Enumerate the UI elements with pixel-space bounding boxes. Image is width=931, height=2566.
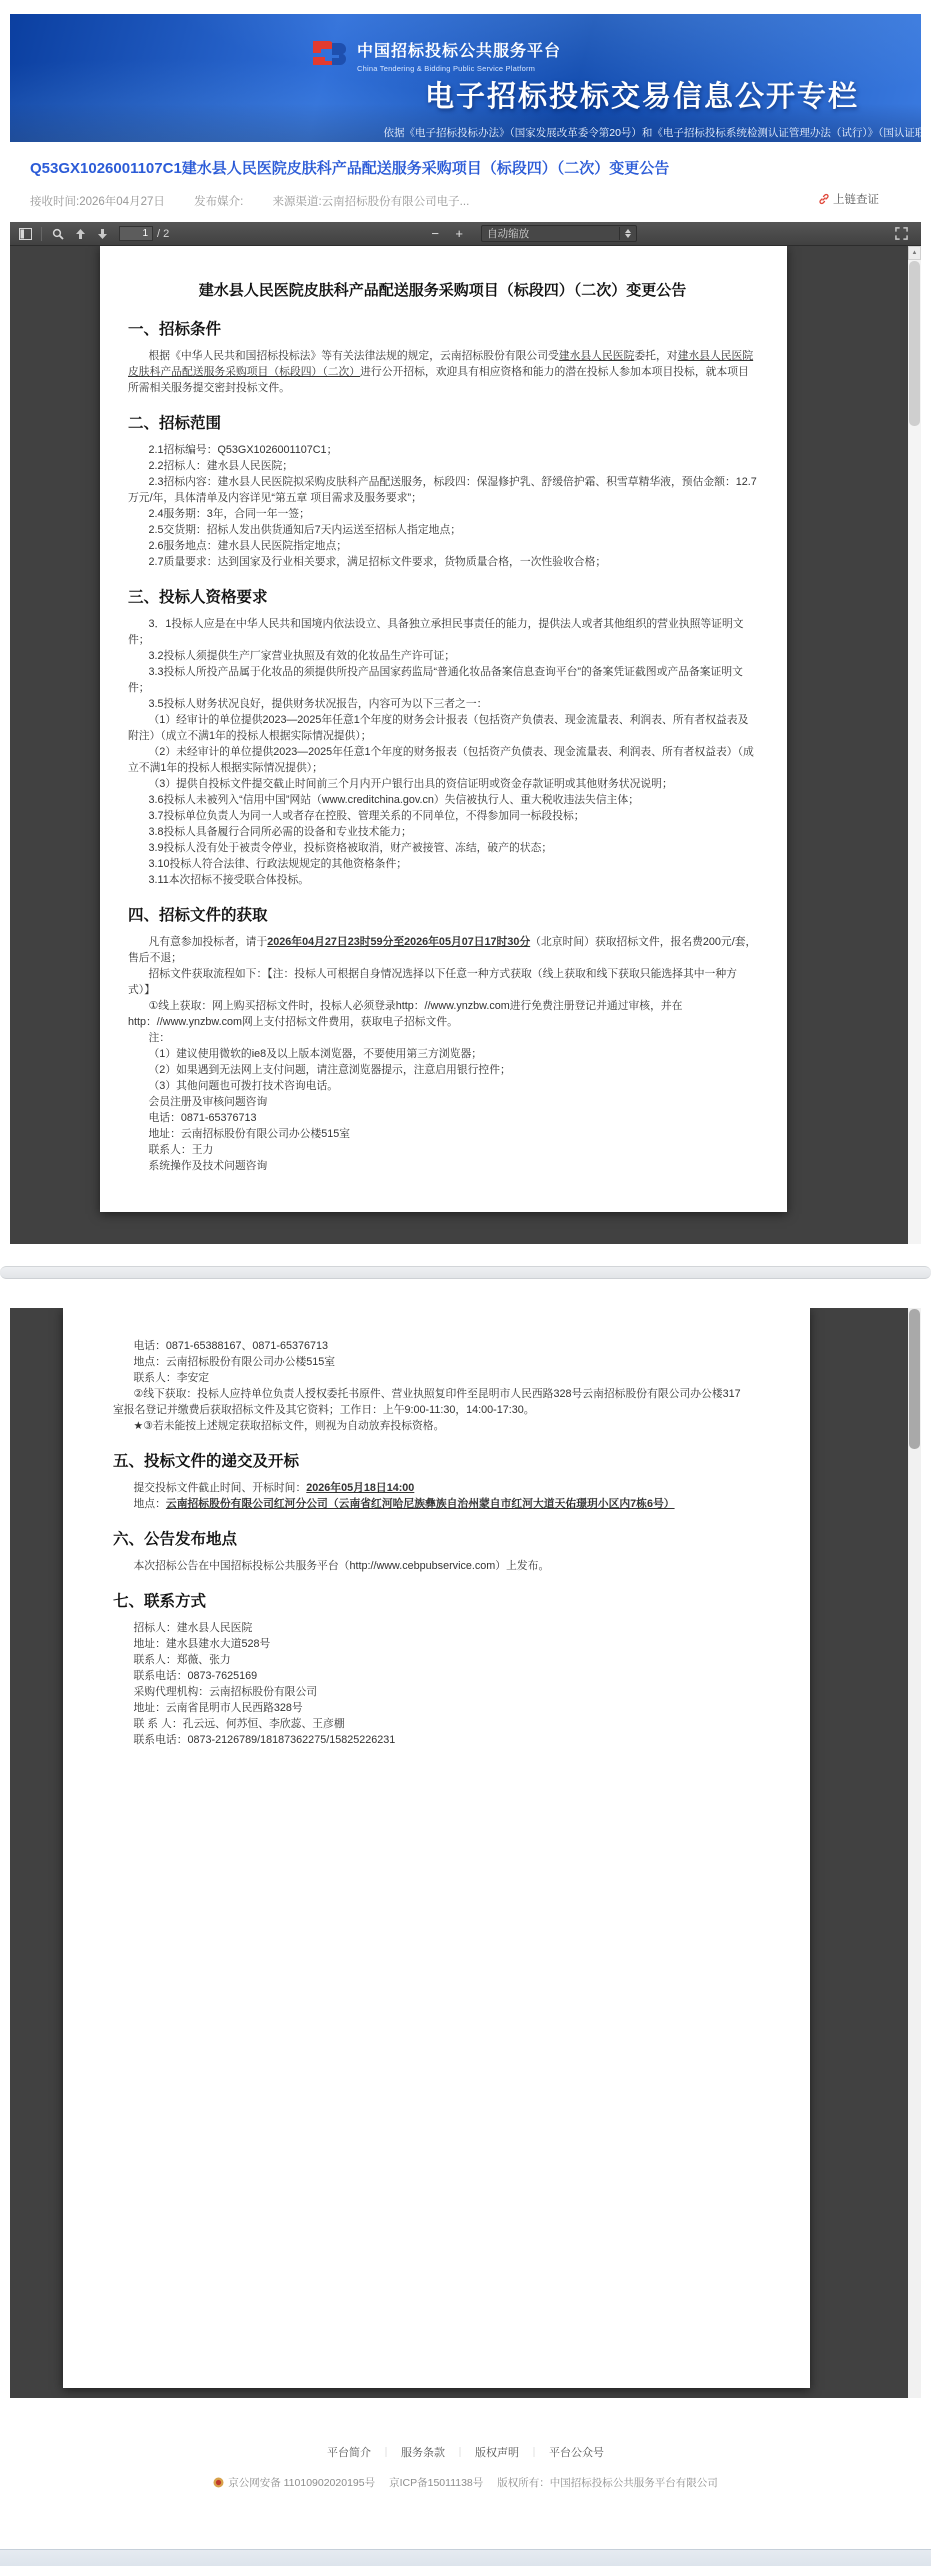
copyright-text: 版权所有：中国招标投标公共服务平台有限公司 [497,2475,718,2490]
doc-paragraph: 联系人：郑薇、张力 [113,1652,750,1668]
doc-paragraph: （2）未经审计的单位提供2023—2025年任意1个年度的财务报表（包括资产负债… [128,744,757,776]
page-down-icon [97,228,108,240]
chevron-updown-icon [619,227,631,240]
presentation-mode-button[interactable] [891,224,913,244]
doc-paragraph: （1）建议使用微软的ie8及以上版本浏览器，不要使用第三方浏览器； [128,1046,757,1062]
doc-paragraph: 2.3招标内容：建水县人民医院拟采购皮肤科产品配送服务，标段四：保湿修护乳、舒缓… [128,474,757,506]
doc-paragraph: 地址：云南省昆明市人民西路328号 [113,1700,750,1716]
find-button[interactable] [47,224,69,244]
doc-paragraph: 3.5投标人财务状况良好，提供财务状况报告，内容可为以下三者之一： [128,696,757,712]
marquee-text: 依据《电子招标投标办法》（国家发展改革委令第20号）和《电子招标投标系统检测认证… [384,125,922,140]
zoom-select-value: 自动缩放 [487,226,619,241]
zoom-controls: − + 自动缩放 [423,225,637,242]
doc-section-heading: 三、投标人资格要求 [128,585,757,607]
doc-section-heading: 五、投标文件的递交及开标 [113,1449,750,1471]
pdf-toolbar: / 2 − + 自动缩放 [10,222,921,246]
viewer2-scrollbar[interactable] [908,1308,921,2398]
doc-paragraph: 3.11本次招标不接受联合体投标。 [128,872,757,888]
footer-link[interactable]: 服务条款 [401,2447,445,2459]
chain-verify-button[interactable]: 上链查证 [818,191,879,207]
doc-paragraph: 电话：0871-65388167、0871-65376713 [113,1338,750,1354]
platform-name: 中国招标投标公共服务平台 [357,42,561,62]
sidebar-toggle-icon [19,228,32,240]
doc-paragraph: 2.4服务期：3年，合同一年一签； [128,506,757,522]
page-title: Q53GX1026001107C1建水县人民医院皮肤科产品配送服务采购项目（标段… [30,157,911,178]
doc-paragraph: （3）提供自投标文件提交截止时间前三个月内开户银行出具的资信证明或资金存款证明或… [128,776,757,792]
doc-paragraph: （1）经审计的单位提供2023—2025年任意1个年度的财务会计报表（包括资产负… [128,712,757,744]
fullscreen-icon [895,227,908,240]
doc-paragraph: ★③若未能按上述规定获取招标文件，则视为自动放弃投标资格。 [113,1418,750,1434]
source-channel: 来源渠道:云南招标股份有限公司电子... [272,196,469,208]
column-title: 电子招标投标交易信息公开专栏 [425,74,859,115]
doc-paragraph: 2.2招标人：建水县人民医院； [128,458,757,474]
site-banner: 中国招标投标公共服务平台 China Tendering & Bidding P… [10,14,921,142]
doc-paragraph: 本次招标公告在中国招标投标公共服务平台（http://www.cebpubser… [113,1558,750,1574]
scroll-up-icon[interactable]: ▲ [908,246,921,260]
doc-paragraph: 2.6服务地点：建水县人民医院指定地点； [128,538,757,554]
ceb-logo-icon [310,39,348,75]
doc-paragraph: 注： [128,1030,757,1046]
doc-paragraph: 3.10投标人符合法律、行政法规规定的其他资格条件； [128,856,757,872]
footer-link[interactable]: 平台简介 [327,2447,371,2459]
doc-paragraph: 3.3投标人所投产品属于化妆品的须提供所投产品国家药监局“普通化妆品备案信息查询… [128,664,757,696]
doc-paragraph: 联 系 人：孔云远、何苏恒、李欣蕊、王彦棚 [113,1716,750,1732]
doc-paragraph: 电话：0871-65376713 [128,1110,757,1126]
doc-paragraph: 2.1招标编号：Q53GX1026001107C1； [128,442,757,458]
pdf-page-1: 建水县人民医院皮肤科产品配送服务采购项目（标段四）（二次）变更公告一、招标条件根… [100,246,787,1212]
beian-badge-icon [213,2477,224,2488]
toolbar-right [891,224,917,244]
doc-paragraph: 根据《中华人民共和国招标投标法》等有关法律法规的规定，云南招标股份有限公司受建水… [128,348,757,396]
scrollbar-thumb[interactable] [909,1309,920,1449]
chain-verify-label: 上链查证 [833,191,879,207]
doc-paragraph: ①线上获取：网上购买招标文件时，投标人必须登录http：//www.ynzbw.… [128,998,757,1030]
pdf-page-2: 电话：0871-65388167、0871-65376713地点：云南招标股份有… [63,1308,810,2388]
sidebar-toggle-button[interactable] [14,224,36,244]
doc-paragraph: 招标人：建水县人民医院 [113,1620,750,1636]
footer-links: 平台简介｜服务条款｜版权声明｜平台公众号 [0,2444,931,2460]
doc-paragraph: ②线下获取：投标人应持单位负责人授权委托书原件、营业执照复印件至昆明市人民西路3… [113,1386,750,1418]
doc-paragraph: 3．1投标人应是在中华人民共和国境内依法设立、具备独立承担民事责任的能力，提供法… [128,616,757,648]
doc-paragraph: 联系电话：0873-2126789/18187362275/1582522623… [113,1732,750,1748]
announcement-meta: 接收时间:2026年04月27日 发布媒介: 来源渠道:云南招标股份有限公司电子… [30,193,911,209]
doc-paragraph: 系统操作及技术问题咨询 [128,1158,757,1174]
footer-separator: ｜ [381,2448,391,2459]
icp-number: 京ICP备15011138号 [389,2475,483,2490]
platform-name-en: China Tendering & Bidding Public Service… [357,64,561,73]
doc-section-heading: 六、公告发布地点 [113,1527,750,1549]
doc-paragraph: 3.6投标人未被列入“信用中国”网站（www.creditchina.gov.c… [128,792,757,808]
page-down-button[interactable] [91,224,113,244]
doc-paragraph: 2.5交货期：招标人发出供货通知后7天内运送至招标人指定地点； [128,522,757,538]
pdf-viewer-1: / 2 − + 自动缩放 建水县人民医院皮肤科产品配送服务采购项目（标段四）（二… [10,222,921,1244]
doc-title: 建水县人民医院皮肤科产品配送服务采购项目（标段四）（二次）变更公告 [128,280,757,302]
marquee-bar: 依据《电子招标投标办法》（国家发展改革委令第20号）和《电子招标投标系统检测认证… [10,125,921,140]
bottom-bar [0,2549,931,2566]
doc-paragraph: （2）如果遇到无法网上支付问题，请注意浏览器提示，注意启用银行控件； [128,1062,757,1078]
doc-paragraph: 3.8投标人具备履行合同所必需的设备和专业技术能力； [128,824,757,840]
pdf-document-area-1[interactable]: 建水县人民医院皮肤科产品配送服务采购项目（标段四）（二次）变更公告一、招标条件根… [10,246,921,1244]
doc-paragraph: 联系人：王力 [128,1142,757,1158]
pdf-viewer-2[interactable]: 电话：0871-65388167、0871-65376713地点：云南招标股份有… [10,1308,921,2398]
doc-paragraph: 联系电话：0873-7625169 [113,1668,750,1684]
zoom-in-button[interactable]: + [447,226,471,241]
doc-paragraph: 地点：云南招标股份有限公司红河分公司（云南省红河哈尼族彝族自治州蒙自市红河大道天… [113,1496,750,1512]
doc-paragraph: 3.9投标人没有处于被责令停业，投标资格被取消，财产被接管、冻结，破产的状态； [128,840,757,856]
received-time: 接收时间:2026年04月27日 [30,196,165,208]
footer-link[interactable]: 平台公众号 [549,2447,604,2459]
chain-link-icon [818,193,830,205]
doc-paragraph: 凡有意参加投标者，请于2026年04月27日23时59分至2026年05月07日… [128,934,757,966]
scrollbar-thumb[interactable] [909,261,920,426]
doc-paragraph: 地点：云南招标股份有限公司办公楼515室 [113,1354,750,1370]
viewer1-scrollbar[interactable]: ▲ [908,246,921,1244]
doc-section-heading: 二、招标范围 [128,411,757,433]
doc-paragraph: 地址：建水县建水大道528号 [113,1636,750,1652]
publish-media: 发布媒介: [194,196,243,208]
page-up-icon [75,228,86,240]
doc-section-heading: 一、招标条件 [128,317,757,339]
page-number-input[interactable] [119,226,153,241]
doc-paragraph: 地址：云南招标股份有限公司办公楼515室 [128,1126,757,1142]
zoom-out-button[interactable]: − [423,226,447,241]
search-icon [52,228,64,240]
doc-section-heading: 七、联系方式 [113,1589,750,1611]
doc-paragraph: 会员注册及审核问题咨询 [128,1094,757,1110]
platform-name-group: 中国招标投标公共服务平台 China Tendering & Bidding P… [357,42,561,73]
horizontal-scrollbar[interactable] [0,1266,931,1279]
footer-copyright-row: 京公网安备 11010902020195号 京ICP备15011138号 版权所… [0,2475,931,2490]
doc-section-heading: 四、招标文件的获取 [128,903,757,925]
doc-paragraph: 提交投标文件截止时间、开标时间：2026年05月18日14:00 [113,1480,750,1496]
doc-paragraph: 2.7质量要求：达到国家及行业相关要求，满足招标文件要求，货物质量合格，一次性验… [128,554,757,570]
zoom-select[interactable]: 自动缩放 [481,225,637,242]
page-total: / 2 [157,228,169,240]
beian-number: 京公网安备 11010902020195号 [228,2475,375,2490]
platform-brand: 中国招标投标公共服务平台 China Tendering & Bidding P… [310,39,561,75]
doc-paragraph: 3.2投标人须提供生产厂家营业执照及有效的化妆品生产许可证； [128,648,757,664]
doc-paragraph: （3）其他问题也可拨打技术咨询电话。 [128,1078,757,1094]
page-up-button[interactable] [69,224,91,244]
toolbar-separator [41,227,42,241]
doc-paragraph: 采购代理机构：云南招标股份有限公司 [113,1684,750,1700]
doc-paragraph: 3.7投标单位负责人为同一人或者存在控股、管理关系的不同单位，不得参加同一标段投… [128,808,757,824]
footer-separator: ｜ [529,2448,539,2459]
footer-link[interactable]: 版权声明 [475,2447,519,2459]
footer-separator: ｜ [455,2448,465,2459]
site-footer: 平台简介｜服务条款｜版权声明｜平台公众号 京公网安备 1101090202019… [0,2444,931,2490]
doc-paragraph: 联系人：李安定 [113,1370,750,1386]
doc-paragraph: 招标文件获取流程如下：【注：投标人可根据自身情况选择以下任意一种方式获取（线上获… [128,966,757,998]
